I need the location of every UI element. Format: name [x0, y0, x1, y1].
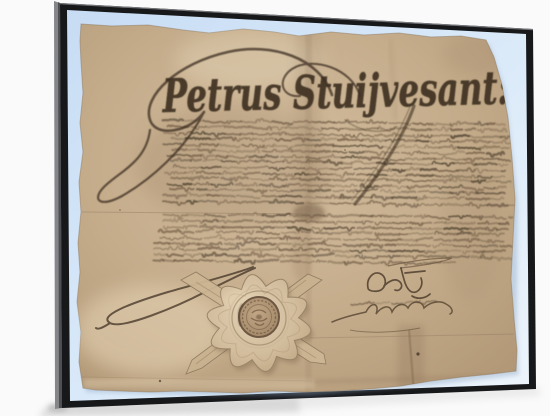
manuscript-photo-canvas: Petrus Stuijvesant:: [0, 0, 550, 416]
product-photo-mounted-manuscript: Petrus Stuijvesant:: [0, 0, 550, 416]
ink-speck: [416, 352, 419, 355]
